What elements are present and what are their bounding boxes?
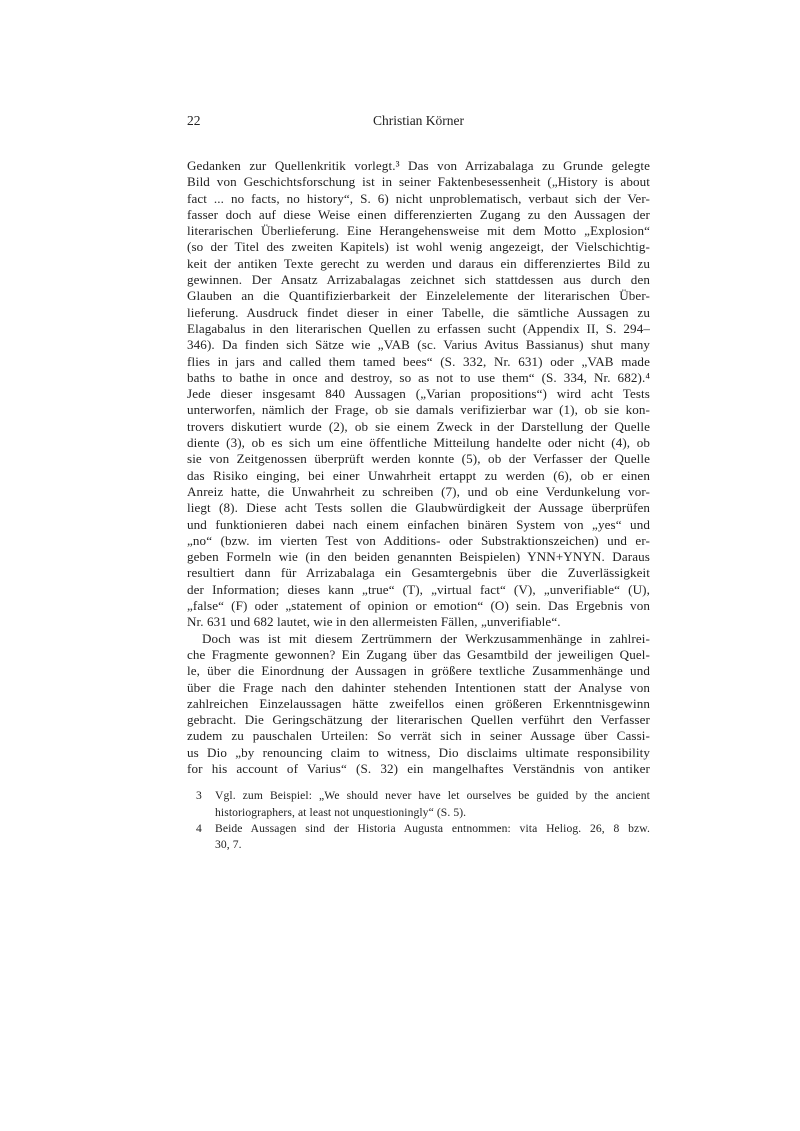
text-line: über die Frage nach den dahinter stehend… <box>187 680 650 696</box>
text-line: „false“ (F) oder „statement of opinion o… <box>187 598 650 614</box>
text-line: das Risiko einging, bei einer Unwahrheit… <box>187 468 650 484</box>
text-line: 346). Da finden sich Sätze wie „VAB (sc.… <box>187 337 650 353</box>
footnote-line: historiographers, at least not unquestio… <box>215 805 650 821</box>
text-line: fact ... no facts, no history“, S. 6) ni… <box>187 191 650 207</box>
footnote-number: 3 <box>196 788 202 804</box>
text-line: Jede dieser insgesamt 840 Aussagen („Var… <box>187 386 650 402</box>
footnote-line: Beide Aussagen sind der Historia Augusta… <box>215 821 650 837</box>
text-line: geben Formeln wie (in den beiden genannt… <box>187 549 650 565</box>
text-line: (so der Titel des zweiten Kapitels) ist … <box>187 239 650 255</box>
text-column: 22 Christian Körner Gedanken zur Quellen… <box>187 112 650 853</box>
text-line: und funktionieren dabei nach einem einfa… <box>187 517 650 533</box>
text-line: fasser doch auf diese Weise einen differ… <box>187 207 650 223</box>
body-paragraph: Gedanken zur Quellenkritik vorlegt.³ Das… <box>187 158 650 631</box>
running-head: Christian Körner <box>187 112 650 129</box>
text-line: unterworfen, nämlich der Frage, ob sie d… <box>187 402 650 418</box>
text-line: trovers diskutiert wurde (2), ob sie ein… <box>187 419 650 435</box>
text-line: der Information; dieses kann „true“ (T),… <box>187 582 650 598</box>
footnote-line: 30, 7. <box>215 837 650 853</box>
document-page: 22 Christian Körner Gedanken zur Quellen… <box>0 0 800 1131</box>
footnote: 4Beide Aussagen sind der Historia August… <box>187 821 650 854</box>
text-line: Anreiz hatte, die Unwahrheit zu schreibe… <box>187 484 650 500</box>
text-line: gebracht. Die Geringschätzung der litera… <box>187 712 650 728</box>
footnote-number: 4 <box>196 821 202 837</box>
text-line: Doch was ist mit diesem Zertrümmern der … <box>187 631 650 647</box>
text-line: zahlreichen Einzelaussagen hätte zweifel… <box>187 696 650 712</box>
text-line: zudem zu pauschalen Urteilen: So verrät … <box>187 728 650 744</box>
footnote-line: Vgl. zum Beispiel: „We should never have… <box>215 788 650 804</box>
text-line: sie von Zeitgenossen überprüft werden ko… <box>187 451 650 467</box>
text-line: baths to bathe in once and destroy, so a… <box>187 370 650 386</box>
text-line: Gedanken zur Quellenkritik vorlegt.³ Das… <box>187 158 650 174</box>
body-paragraph: Doch was ist mit diesem Zertrümmern der … <box>187 631 650 778</box>
text-line: Bild von Geschichtsforschung ist in sein… <box>187 174 650 190</box>
text-line: Elagabalus in den literarischen Quellen … <box>187 321 650 337</box>
text-line: literarischen Überlieferung. Eine Herang… <box>187 223 650 239</box>
text-line: Glauben an die Quantifizierbarkeit der E… <box>187 288 650 304</box>
text-line: „no“ (bzw. im vierten Test von Additions… <box>187 533 650 549</box>
text-line: us Dio „by renouncing claim to witness, … <box>187 745 650 761</box>
body-text: Gedanken zur Quellenkritik vorlegt.³ Das… <box>187 158 650 777</box>
text-line: keit der antiken Texte gerecht zu werden… <box>187 256 650 272</box>
text-line: Nr. 631 und 682 lautet, wie in den aller… <box>187 614 650 630</box>
footnotes-section: 3Vgl. zum Beispiel: „We should never hav… <box>187 788 650 853</box>
text-line: lieferung. Ausdruck findet dieser in ein… <box>187 305 650 321</box>
text-line: gewinnen. Der Ansatz Arrizabalagas zeich… <box>187 272 650 288</box>
text-line: for his account of Varius“ (S. 32) ein m… <box>187 761 650 777</box>
text-line: flies in jars and called them tamed bees… <box>187 354 650 370</box>
text-line: liegt (8). Diese acht Tests sollen die G… <box>187 500 650 516</box>
text-line: che Fragmente gewonnen? Ein Zugang über … <box>187 647 650 663</box>
text-line: diente (3), ob es sich um eine öffentlic… <box>187 435 650 451</box>
text-line: le, über die Einordnung der Aussagen in … <box>187 663 650 679</box>
text-line: resultiert dann für Arrizabalaga ein Ges… <box>187 565 650 581</box>
page-number: 22 <box>187 112 201 129</box>
page-header: 22 Christian Körner <box>187 112 650 129</box>
footnote: 3Vgl. zum Beispiel: „We should never hav… <box>187 788 650 821</box>
